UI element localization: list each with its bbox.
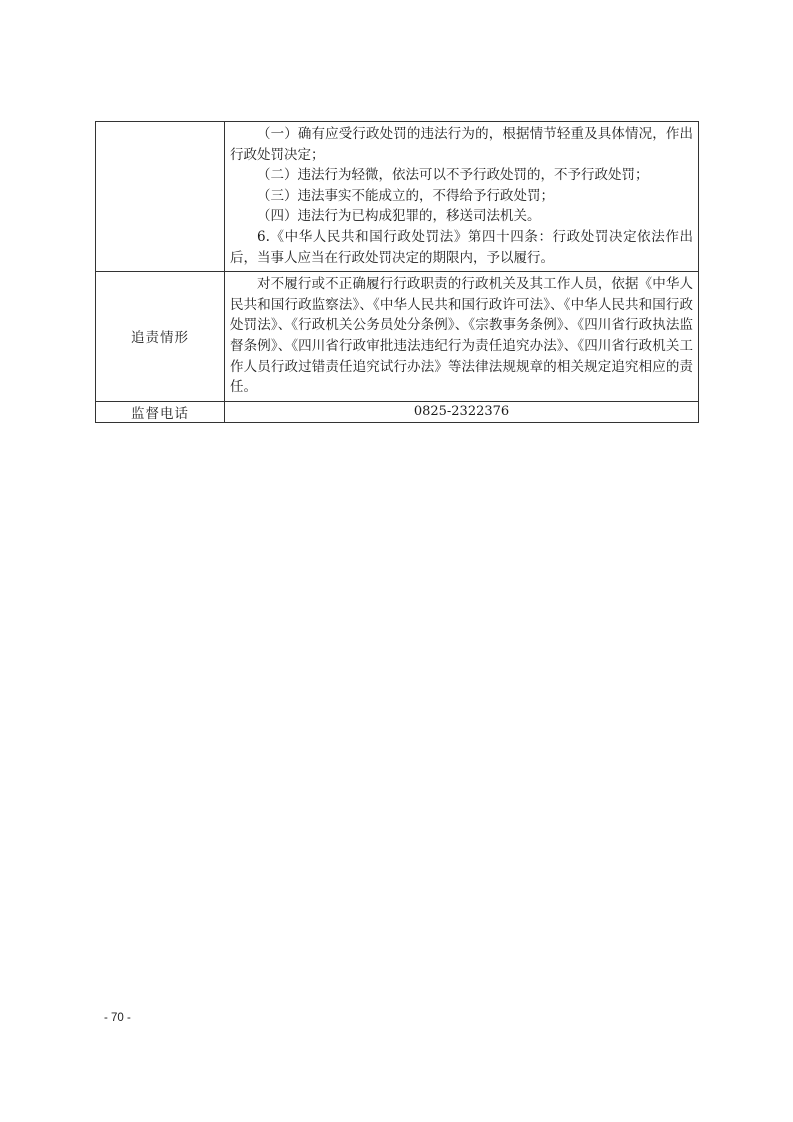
accountability-content-cell: 对不履行或不正确履行行政职责的行政机关及其工作人员，依据《中华人民共和国行政监察…	[225, 272, 699, 402]
table-row-accountability: 追责情形 对不履行或不正确履行行政职责的行政机关及其工作人员，依据《中华人民共和…	[96, 272, 699, 402]
clause-2: （二）违法行为轻微，依法可以不予行政处罚的，不予行政处罚；	[230, 165, 693, 186]
row-label-empty	[96, 122, 225, 272]
row-label-accountability: 追责情形	[96, 272, 225, 402]
table-row-supervision-phone: 监督电话 0825-2322376	[96, 401, 699, 422]
penalty-content-cell: （一）确有应受行政处罚的违法行为的，根据情节轻重及具体情况，作出行政处罚决定； …	[225, 122, 699, 272]
row-label-supervision-phone: 监督电话	[96, 401, 225, 422]
page-number: - 70 -	[104, 1012, 131, 1024]
clause-4: （四）违法行为已构成犯罪的，移送司法机关。	[230, 206, 693, 227]
accountability-text: 对不履行或不正确履行行政职责的行政机关及其工作人员，依据《中华人民共和国行政监察…	[230, 274, 693, 398]
article-44: 6.《中华人民共和国行政处罚法》第四十四条：行政处罚决定依法作出后，当事人应当在…	[230, 227, 693, 268]
duty-table: （一）确有应受行政处罚的违法行为的，根据情节轻重及具体情况，作出行政处罚决定； …	[95, 121, 699, 423]
clause-1: （一）确有应受行政处罚的违法行为的，根据情节轻重及具体情况，作出行政处罚决定；	[230, 124, 693, 165]
supervision-phone-value: 0825-2322376	[225, 401, 699, 422]
clause-3: （三）违法事实不能成立的，不得给予行政处罚；	[230, 186, 693, 207]
table-row-penalty-continued: （一）确有应受行政处罚的违法行为的，根据情节轻重及具体情况，作出行政处罚决定； …	[96, 122, 699, 272]
